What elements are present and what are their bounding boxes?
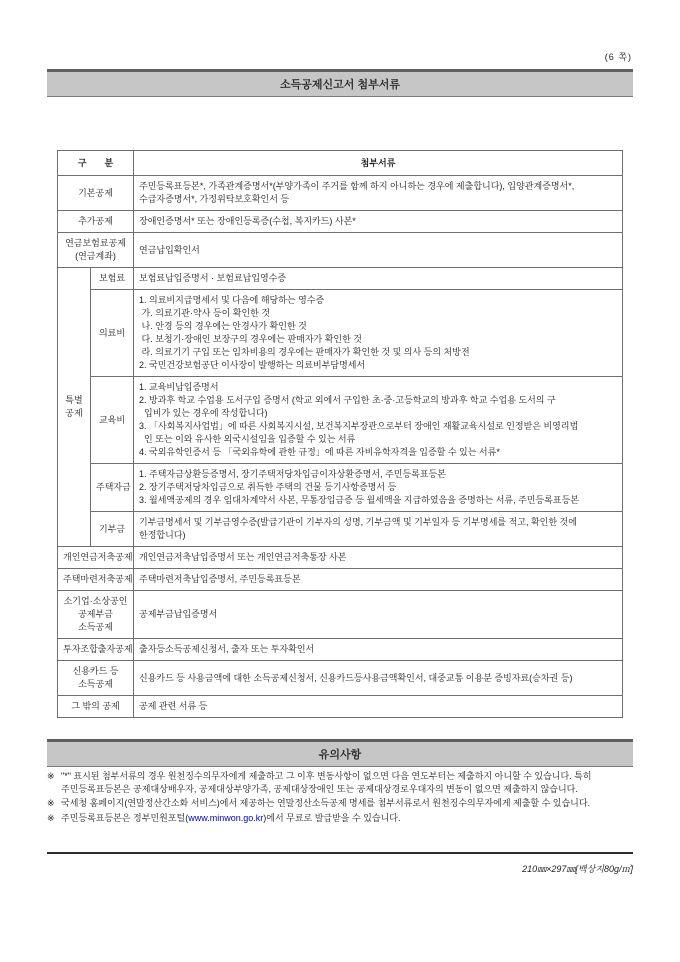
category-cell: 연금보험료공제 (연금계좌)	[58, 233, 134, 268]
note-item: ※ 주민등록표등본은 정부민원포털(www.minwon.go.kr)에서 무료…	[47, 812, 633, 825]
footer-divider	[47, 852, 633, 854]
table-row: 주택자금 1. 주택자금상환등증명서, 장기주택저당차입금이자상환증명서, 주민…	[58, 464, 623, 512]
header-category-cell: 구 분	[58, 151, 134, 176]
content-cell: 신용카드 등 사용금액에 대한 소득공제신청서, 신용카드등사용금액확인서, 대…	[134, 661, 623, 696]
table-row: 연금보험료공제 (연금계좌) 연금납입확인서	[58, 233, 623, 268]
document-title-banner: 소득공제신고서 첨부서류	[47, 69, 633, 97]
note-text-after: )에서 무료로 발급받을 수 있습니다.	[263, 813, 400, 823]
attachment-documents-table: 구 분 첨부서류 기본공제 주민등록표등본*, 가족관계증명서*(부양가족이 주…	[57, 150, 623, 718]
content-cell: 출자등소득공제신청서, 출자 또는 투자확인서	[134, 639, 623, 661]
category-cell: 투자조합출자공제	[58, 639, 134, 661]
table-row: 주택마련저축공제 주택마련저축납입증명서, 주민등록표등본	[58, 569, 623, 591]
content-cell: 개인연금저축납입증명서 또는 개인연금저축통장 사본	[134, 547, 623, 569]
content-cell: 기부금명세서 및 기부금영수증(발급기관이 기부자의 성명, 기부금액 및 기부…	[134, 512, 623, 547]
content-cell: 장애인증명서* 또는 장애인등록증(수첩, 복지카드) 사본*	[134, 211, 623, 233]
note-item: ※ "*" 표시된 첨부서류의 경우 원천징수의무자에게 제출하고 그 이후 변…	[47, 770, 633, 795]
table-row: 기본공제 주민등록표등본*, 가족관계증명서*(부양가족이 주거를 함께 하지 …	[58, 176, 623, 211]
note-text: 주민등록표등본은 정부민원포털(www.minwon.go.kr)에서 무료로 …	[61, 812, 633, 825]
minwon-portal-link[interactable]: www.minwon.go.kr	[188, 813, 263, 823]
table-row: 기부금 기부금명세서 및 기부금영수증(발급기관이 기부자의 성명, 기부금액 …	[58, 512, 623, 547]
category-cell: 주택마련저축공제	[58, 569, 134, 591]
header-documents-cell: 첨부서류	[134, 151, 623, 176]
content-cell: 주택마련저축납입증명서, 주민등록표등본	[134, 569, 623, 591]
table-row: 투자조합출자공제 출자등소득공제신청서, 출자 또는 투자확인서	[58, 639, 623, 661]
content-cell: 공제부금납입증명서	[134, 591, 623, 639]
category-cell: 기본공제	[58, 176, 134, 211]
note-text: 국세청 홈페이지(연말정산간소화 서비스)에서 제공하는 연말정산소득공제 명세…	[61, 797, 633, 810]
table-row: 신용카드 등 소득공제 신용카드 등 사용금액에 대한 소득공제신청서, 신용카…	[58, 661, 623, 696]
category-cell: 그 밖의 공제	[58, 696, 134, 718]
content-cell: 보험료납입증명서 · 보험료납입영수증	[134, 268, 623, 290]
table-row: 개인연금저축공제 개인연금저축납입증명서 또는 개인연금저축통장 사본	[58, 547, 623, 569]
subcategory-cell: 주택자금	[91, 464, 134, 512]
paper-spec-label: 210㎜×297㎜[백상지80g/㎡]	[522, 862, 633, 875]
note-marker: ※	[47, 797, 61, 810]
table-row: 교육비 1. 교육비납입증명서 2. 방과후 학교 수업용 도서구입 증명서 (…	[58, 377, 623, 464]
content-cell: 1. 주택자금상환등증명서, 장기주택저당차입금이자상환증명서, 주민등록표등본…	[134, 464, 623, 512]
content-cell: 연금납입확인서	[134, 233, 623, 268]
note-item: ※ 국세청 홈페이지(연말정산간소화 서비스)에서 제공하는 연말정산소득공제 …	[47, 797, 633, 810]
table-row: 의료비 1. 의료비지급명세서 및 다음에 해당하는 영수증 가. 의료기관·약…	[58, 290, 623, 377]
category-cell: 개인연금저축공제	[58, 547, 134, 569]
content-cell: 주민등록표등본*, 가족관계증명서*(부양가족이 주거를 함께 하지 아니하는 …	[134, 176, 623, 211]
notes-section: ※ "*" 표시된 첨부서류의 경우 원천징수의무자에게 제출하고 그 이후 변…	[47, 770, 633, 826]
table-row: 소기업·소상공인 공제부금 소득공제 공제부금납입증명서	[58, 591, 623, 639]
table-header-row: 구 분 첨부서류	[58, 151, 623, 176]
subcategory-cell: 보험료	[91, 268, 134, 290]
table-row: 추가공제 장애인증명서* 또는 장애인등록증(수첩, 복지카드) 사본*	[58, 211, 623, 233]
content-cell: 1. 교육비납입증명서 2. 방과후 학교 수업용 도서구입 증명서 (학교 외…	[134, 377, 623, 464]
category-cell: 신용카드 등 소득공제	[58, 661, 134, 696]
document-page: (6 쪽) 소득공제신고서 첨부서류 구 분 첨부서류 기본공제 주민등록표등본…	[0, 0, 680, 962]
note-marker: ※	[47, 812, 61, 825]
table-row: 그 밖의 공제 공제 관련 서류 등	[58, 696, 623, 718]
page-number: (6 쪽)	[605, 50, 632, 63]
subcategory-cell: 의료비	[91, 290, 134, 377]
category-cell: 추가공제	[58, 211, 134, 233]
note-marker: ※	[47, 770, 61, 795]
table-row: 특별 공제 보험료 보험료납입증명서 · 보험료납입영수증	[58, 268, 623, 290]
subcategory-cell: 교육비	[91, 377, 134, 464]
note-text-before: 주민등록표등본은 정부민원포털(	[61, 813, 188, 823]
category-cell: 소기업·소상공인 공제부금 소득공제	[58, 591, 134, 639]
note-text: "*" 표시된 첨부서류의 경우 원천징수의무자에게 제출하고 그 이후 변동사…	[61, 770, 633, 795]
document-title: 소득공제신고서 첨부서류	[280, 76, 400, 92]
category-cell-special-deduction: 특별 공제	[58, 268, 91, 547]
notice-title: 유의사항	[319, 746, 362, 762]
notice-banner: 유의사항	[47, 739, 633, 767]
subcategory-cell: 기부금	[91, 512, 134, 547]
content-cell: 공제 관련 서류 등	[134, 696, 623, 718]
content-cell: 1. 의료비지급명세서 및 다음에 해당하는 영수증 가. 의료기관·약사 등이…	[134, 290, 623, 377]
